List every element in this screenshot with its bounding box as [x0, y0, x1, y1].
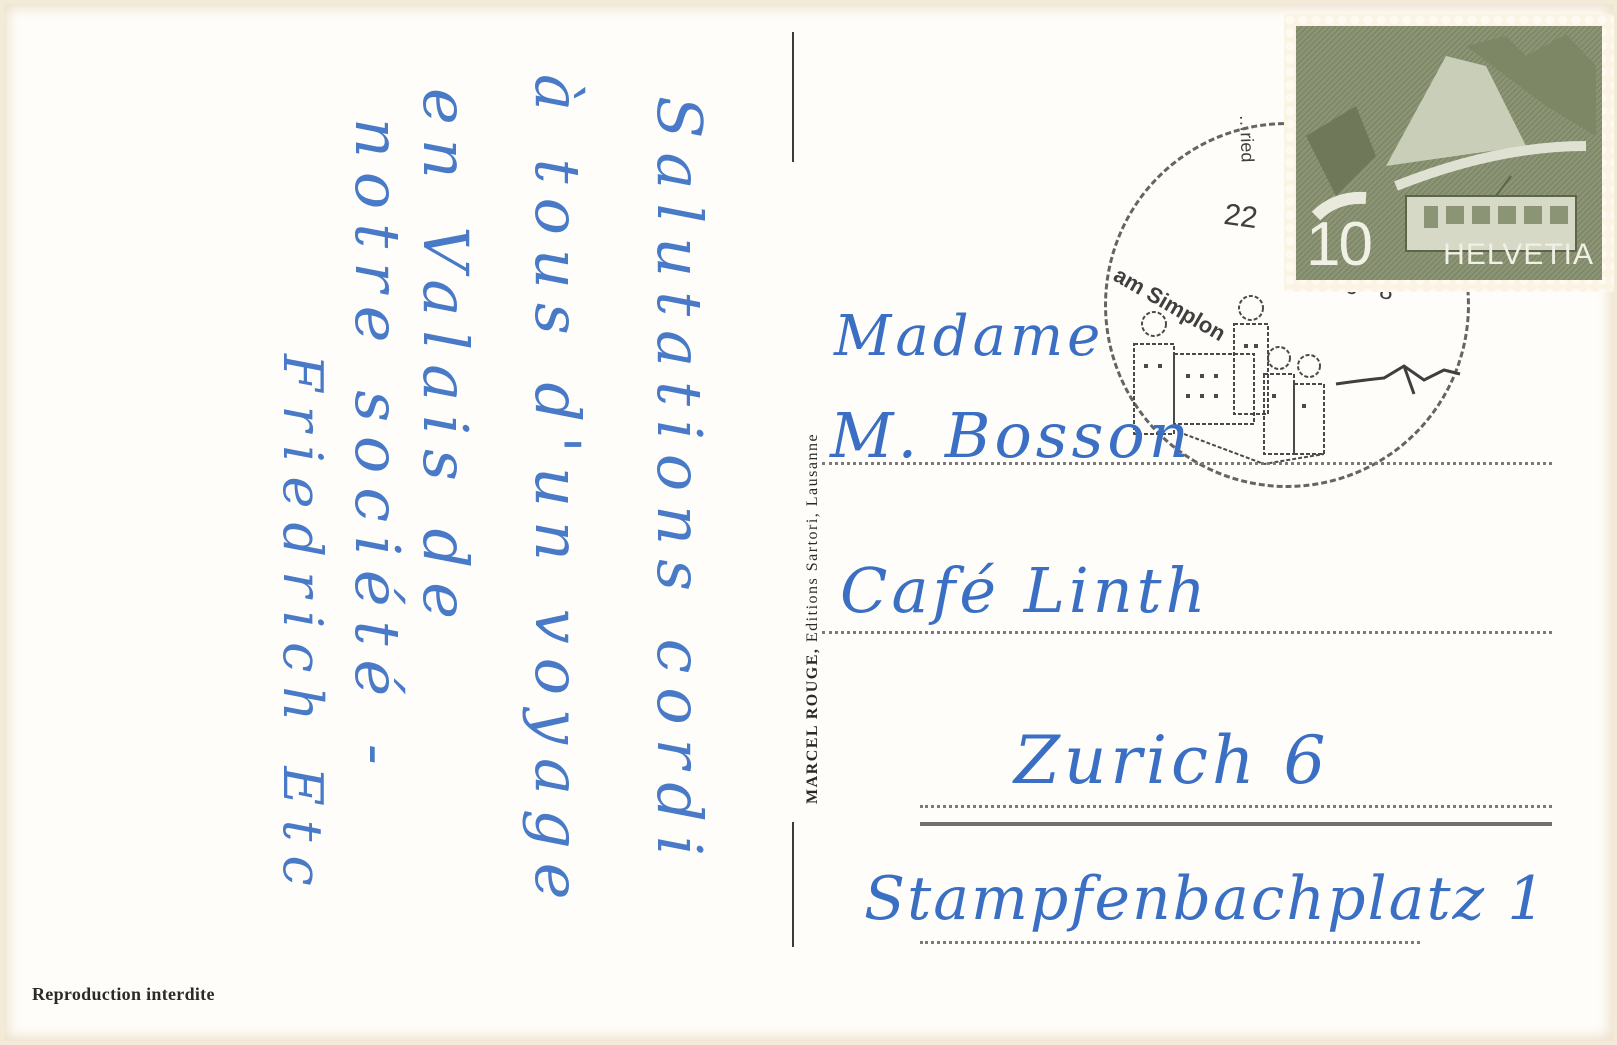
- divider-top: [792, 32, 794, 162]
- address-rule-3: [920, 805, 1552, 808]
- address-rule-2: [822, 631, 1552, 634]
- address-rule-city-bar: [920, 822, 1552, 826]
- stamp-value: 10: [1306, 214, 1371, 276]
- address-line-city: Zurich 6: [1014, 722, 1329, 799]
- postcard-back: Salutations cordi à tous d'un voyage en …: [4, 4, 1613, 1041]
- postage-stamp: 10 HELVETIA: [1284, 14, 1614, 292]
- address-line-street: Stampfenbachplatz 1: [864, 864, 1547, 934]
- address-line-business: Café Linth: [840, 554, 1210, 627]
- reproduction-notice: Reproduction interdite: [32, 984, 215, 1005]
- message-line: en Valais de: [409, 88, 482, 633]
- publisher-name: MARCEL ROUGE,: [804, 648, 821, 804]
- publisher-credit: MARCEL ROUGE, Editions Sartori, Lausanne: [804, 433, 822, 804]
- message-line: Salutations cordi: [643, 96, 716, 870]
- publisher-details: Editions Sartori, Lausanne: [804, 433, 821, 648]
- message-signature: Friedrich Etc: [271, 354, 334, 900]
- address-rule-1: [822, 462, 1552, 465]
- stamp-country: HELVETIA: [1443, 240, 1594, 270]
- postmark-date-day: 22: [1222, 198, 1260, 236]
- message-line: à tous d'un voyage: [521, 74, 594, 913]
- divider-bottom: [792, 822, 794, 947]
- postmark-town: …ried: [1235, 114, 1258, 163]
- stamp-image: 10 HELVETIA: [1296, 26, 1602, 280]
- address-line-salutation: Madame: [834, 304, 1104, 369]
- postmark-mountain-icon: [1334, 354, 1464, 414]
- message-line: notre société -: [341, 118, 414, 779]
- address-rule-4: [920, 941, 1420, 944]
